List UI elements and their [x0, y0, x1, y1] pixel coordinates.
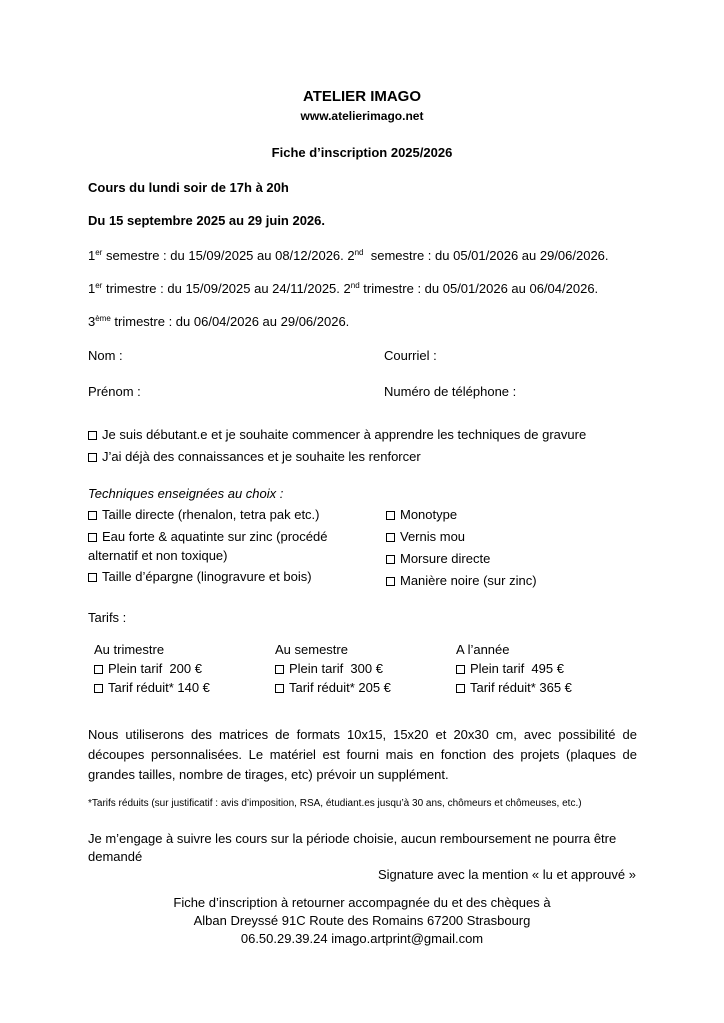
materials-paragraph: Nous utiliserons des matrices de formats…: [88, 725, 637, 785]
semester-dates: 1er semestre : du 15/09/2025 au 08/12/20…: [88, 248, 609, 263]
checkbox-icon[interactable]: [88, 533, 97, 542]
level-option-label: J’ai déjà des connaissances et je souhai…: [102, 449, 421, 464]
tarif-label: Plein tarif 200 €: [108, 661, 202, 676]
trimester-3-dates: 3ème trimestre : du 06/04/2026 au 29/06/…: [88, 314, 349, 329]
trimester-1-text: trimestre : du 15/09/2025 au 24/11/2025.: [102, 281, 343, 296]
website[interactable]: www.atelierimago.net: [0, 109, 724, 123]
technique-eau-forte[interactable]: Eau forte & aquatinte sur zinc (procédé: [88, 529, 327, 544]
ordinal: 2: [347, 248, 354, 263]
commitment-line-1: Je m’engage à suivre les cours sur la pé…: [88, 831, 616, 846]
checkbox-icon[interactable]: [88, 453, 97, 462]
checkbox-icon[interactable]: [386, 577, 395, 586]
trimester-dates: 1er trimestre : du 15/09/2025 au 24/11/2…: [88, 281, 598, 296]
technique-label: Vernis mou: [400, 529, 465, 544]
ordinal-suffix: ème: [95, 314, 111, 323]
date-range: Du 15 septembre 2025 au 29 juin 2026.: [88, 213, 325, 228]
checkbox-icon[interactable]: [275, 684, 284, 693]
technique-label: Morsure directe: [400, 551, 490, 566]
tarif-period-annee: A l’année: [456, 642, 510, 657]
tarif-period-semestre: Au semestre: [275, 642, 348, 657]
ordinal-suffix: nd: [351, 281, 360, 290]
nom-field[interactable]: Nom :: [88, 348, 123, 363]
tarif-annee-plein[interactable]: Plein tarif 495 €: [456, 661, 564, 676]
org-title: ATELIER IMAGO: [0, 88, 724, 105]
checkbox-icon[interactable]: [88, 511, 97, 520]
checkbox-icon[interactable]: [386, 533, 395, 542]
techniques-heading: Techniques enseignées au choix :: [88, 486, 283, 501]
course-time: Cours du lundi soir de 17h à 20h: [88, 180, 289, 195]
checkbox-icon[interactable]: [94, 684, 103, 693]
technique-label: Monotype: [400, 507, 457, 522]
technique-morsure-directe[interactable]: Morsure directe: [386, 551, 490, 566]
level-option-experienced[interactable]: J’ai déjà des connaissances et je souhai…: [88, 449, 421, 464]
technique-label: Taille directe (rhenalon, tetra pak etc.…: [102, 507, 320, 522]
form-title: Fiche d’inscription 2025/2026: [0, 145, 724, 160]
trimester-3-text: trimestre : du 06/04/2026 au 29/06/2026.: [111, 314, 350, 329]
technique-vernis-mou[interactable]: Vernis mou: [386, 529, 465, 544]
checkbox-icon[interactable]: [456, 684, 465, 693]
checkbox-icon[interactable]: [88, 573, 97, 582]
level-option-beginner[interactable]: Je suis débutant.e et je souhaite commen…: [88, 427, 586, 442]
semester-1-text: semestre : du 15/09/2025 au 08/12/2026.: [102, 248, 347, 263]
footer-address: Alban Dreyssé 91C Route des Romains 6720…: [0, 913, 724, 928]
technique-taille-epargne[interactable]: Taille d’épargne (linogravure et bois): [88, 569, 312, 584]
reduced-rate-footnote: *Tarifs réduits (sur justificatif : avis…: [88, 798, 582, 809]
footer-return-instructions: Fiche d’inscription à retourner accompag…: [0, 895, 724, 910]
checkbox-icon[interactable]: [88, 431, 97, 440]
checkbox-icon[interactable]: [456, 665, 465, 674]
footer-contact[interactable]: 06.50.29.39.24 imago.artprint@gmail.com: [0, 931, 724, 946]
technique-label: Manière noire (sur zinc): [400, 573, 537, 588]
courriel-field[interactable]: Courriel :: [384, 348, 437, 363]
tarif-label: Plein tarif 300 €: [289, 661, 383, 676]
ordinal: 2: [344, 281, 351, 296]
checkbox-icon[interactable]: [275, 665, 284, 674]
commitment-line-2: demandé: [88, 849, 142, 864]
technique-maniere-noire[interactable]: Manière noire (sur zinc): [386, 573, 537, 588]
technique-label: Taille d’épargne (linogravure et bois): [102, 569, 312, 584]
level-option-label: Je suis débutant.e et je souhaite commen…: [102, 427, 586, 442]
tarifs-heading: Tarifs :: [88, 610, 126, 625]
semester-2-text: semestre : du 05/01/2026 au 29/06/2026.: [364, 248, 609, 263]
tarif-label: Tarif réduit* 140 €: [108, 680, 210, 695]
tarif-annee-reduit[interactable]: Tarif réduit* 365 €: [456, 680, 572, 695]
tarif-semestre-plein[interactable]: Plein tarif 300 €: [275, 661, 383, 676]
telephone-field[interactable]: Numéro de téléphone :: [384, 384, 516, 399]
tarif-trimestre-plein[interactable]: Plein tarif 200 €: [94, 661, 202, 676]
tarif-label: Tarif réduit* 205 €: [289, 680, 391, 695]
tarif-period-trimestre: Au trimestre: [94, 642, 164, 657]
technique-monotype[interactable]: Monotype: [386, 507, 457, 522]
ordinal-suffix: nd: [355, 248, 364, 257]
prenom-field[interactable]: Prénom :: [88, 384, 141, 399]
tarif-trimestre-reduit[interactable]: Tarif réduit* 140 €: [94, 680, 210, 695]
checkbox-icon[interactable]: [386, 511, 395, 520]
technique-label: Eau forte & aquatinte sur zinc (procédé: [102, 529, 327, 544]
trimester-2-text: trimestre : du 05/01/2026 au 06/04/2026.: [360, 281, 599, 296]
checkbox-icon[interactable]: [386, 555, 395, 564]
tarif-label: Tarif réduit* 365 €: [470, 680, 572, 695]
technique-eau-forte-continuation: alternatif et non toxique): [88, 548, 227, 563]
tarif-label: Plein tarif 495 €: [470, 661, 564, 676]
tarif-semestre-reduit[interactable]: Tarif réduit* 205 €: [275, 680, 391, 695]
technique-taille-directe[interactable]: Taille directe (rhenalon, tetra pak etc.…: [88, 507, 320, 522]
signature-label: Signature avec la mention « lu et approu…: [378, 867, 636, 882]
checkbox-icon[interactable]: [94, 665, 103, 674]
